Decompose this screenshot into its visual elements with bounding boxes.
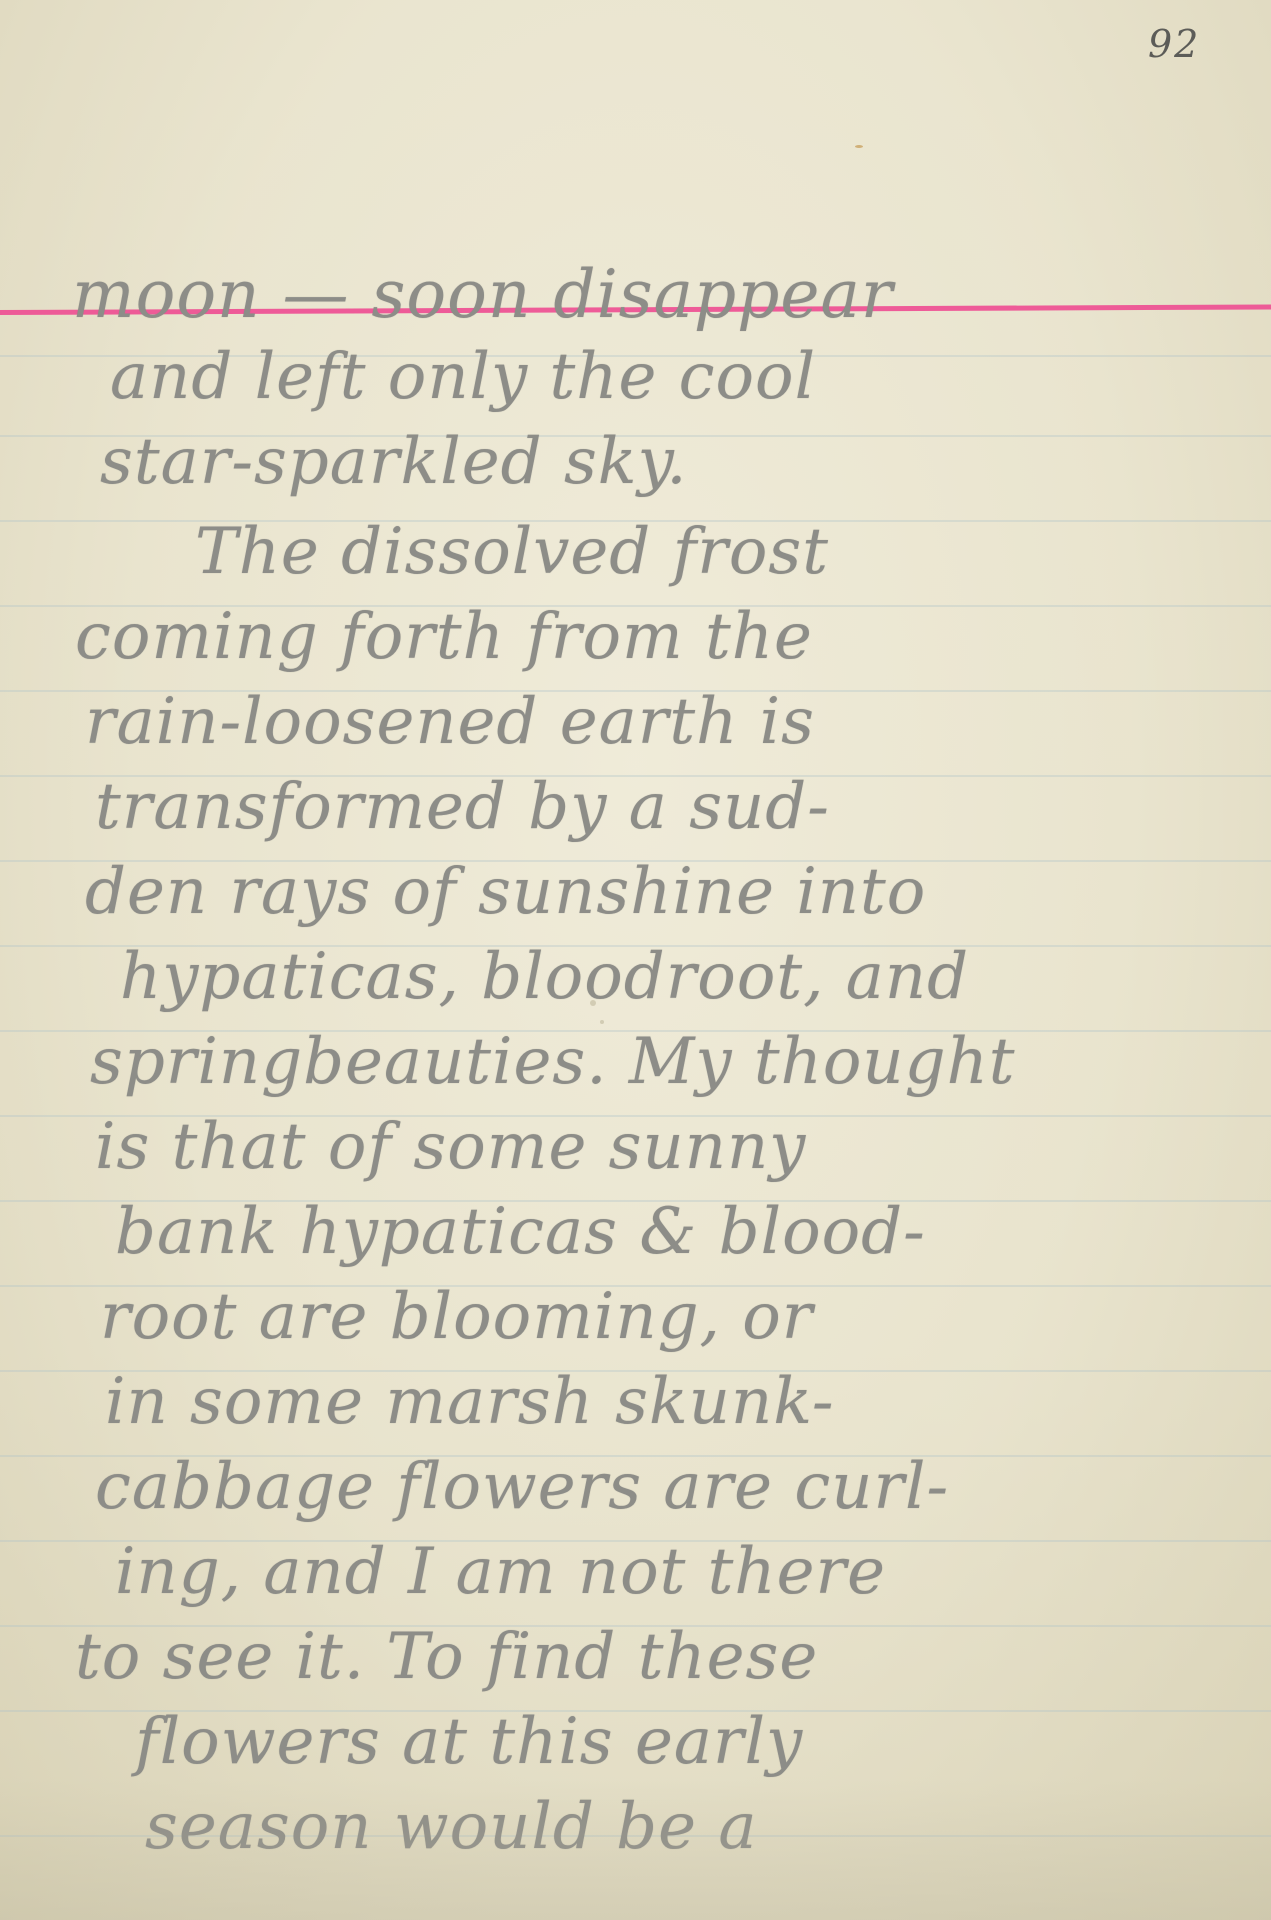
text-line: springbeauties. My thought — [90, 1030, 1016, 1094]
page-number: 92 — [1148, 22, 1200, 66]
text-line: and left only the cool — [110, 345, 816, 409]
text-line: in some marsh skunk- — [105, 1370, 835, 1434]
text-line: transformed by a sud- — [95, 775, 830, 839]
text-line: star-sparkled sky. — [100, 430, 688, 494]
text-line: is that of some sunny — [95, 1115, 806, 1179]
text-line: cabbage flowers are curl- — [95, 1455, 949, 1519]
text-line: rain-loosened earth is — [85, 690, 815, 754]
text-line: den rays of sunshine into — [85, 860, 926, 924]
paper-speck — [600, 1020, 604, 1024]
text-line: to see it. To find these — [75, 1625, 818, 1689]
text-line: coming forth from the — [75, 605, 813, 669]
text-line: ing, and I am not there — [115, 1540, 886, 1604]
notebook-page: 92 moon — soon disappear and left only t… — [0, 0, 1271, 1920]
paper-speck — [590, 1000, 596, 1006]
text-line: season would be a — [145, 1795, 757, 1859]
text-line: hypaticas, bloodroot, and — [120, 945, 969, 1009]
text-line: The dissolved frost — [195, 520, 829, 584]
text-line: bank hypaticas & blood- — [115, 1200, 926, 1264]
text-line: flowers at this early — [135, 1710, 803, 1774]
text-line: root are blooming, or — [100, 1285, 813, 1349]
text-line: moon — soon disappear — [72, 262, 893, 328]
paper-speck — [855, 145, 863, 148]
